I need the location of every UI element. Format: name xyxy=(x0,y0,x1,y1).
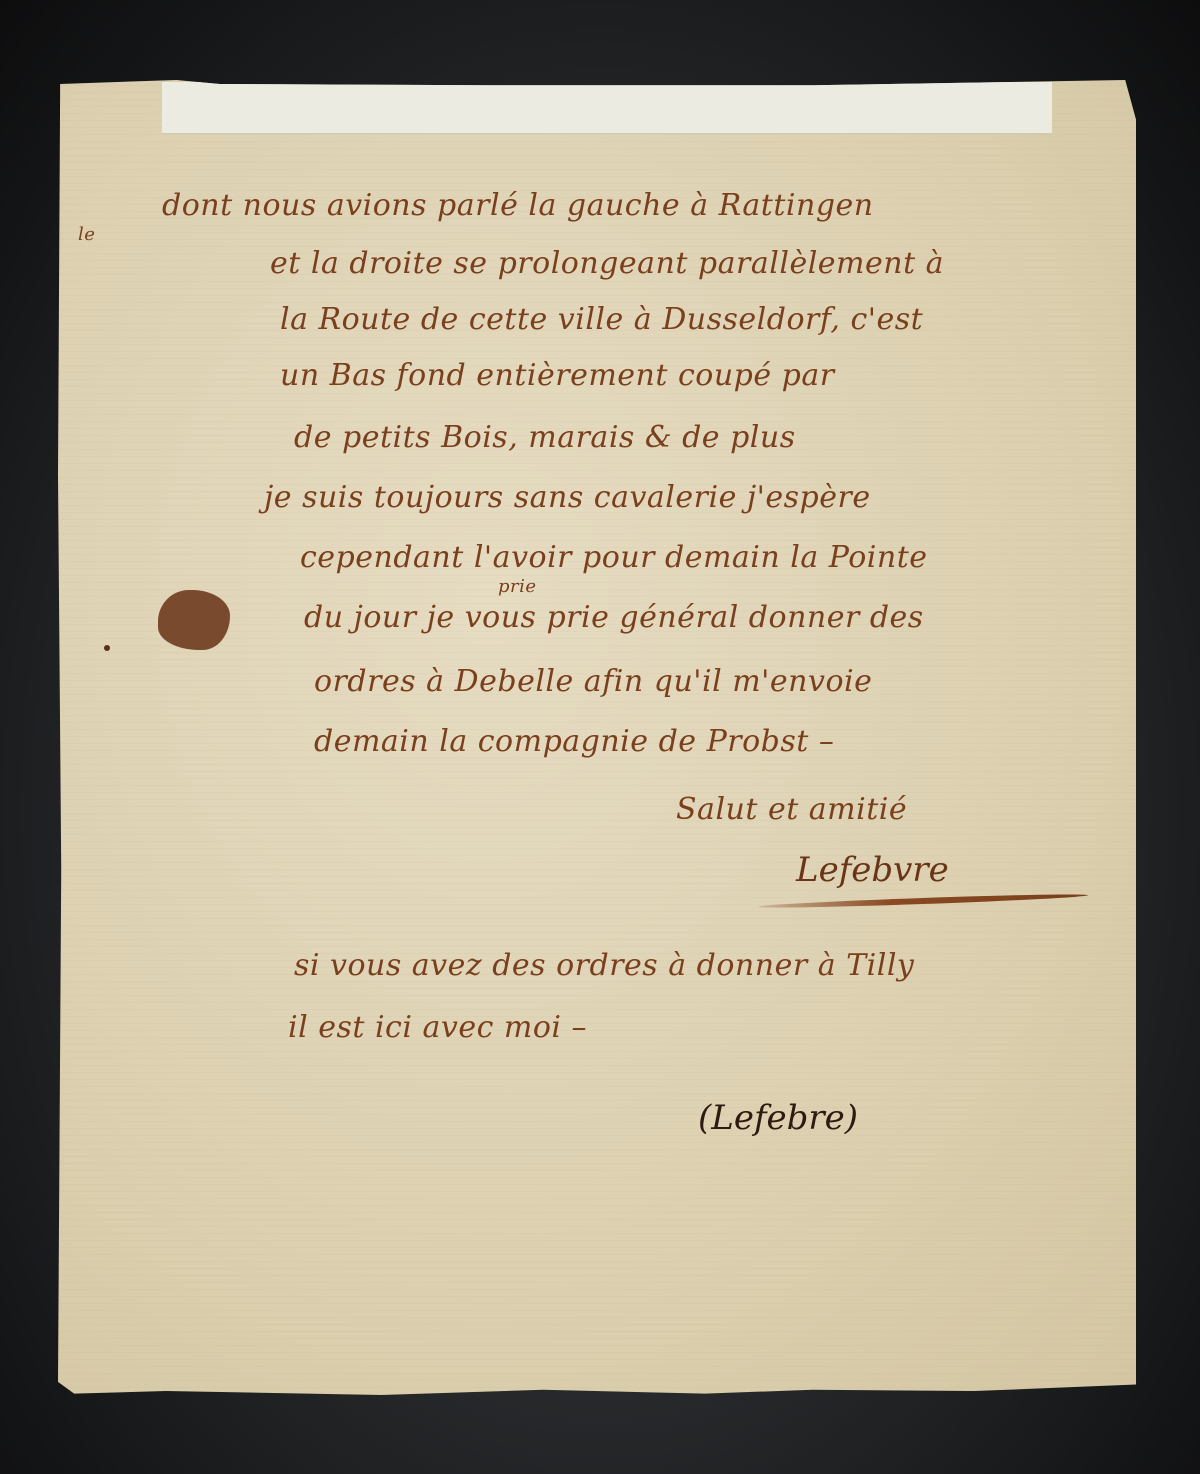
closing-salutation: Salut et amitié xyxy=(676,792,907,827)
letter-paper: dont nous avions parlé la gauche à Ratti… xyxy=(58,80,1136,1395)
letter-line-7: cependant l'avoir pour demain la Pointe xyxy=(300,540,928,575)
postscript-line-2: il est ici avec moi – xyxy=(288,1010,587,1045)
letter-line-8: du jour je vous prie général donner des xyxy=(304,600,924,635)
signature: Lefebvre xyxy=(796,850,949,890)
postscript-line-1: si vous avez des ordres à donner à Tilly xyxy=(294,948,914,983)
letter-line-2: et la droite se prolongeant parallèlemen… xyxy=(270,246,944,281)
letter-line-5: de petits Bois, marais & de plus xyxy=(294,420,796,455)
letter-line-1: dont nous avions parlé la gauche à Ratti… xyxy=(162,188,874,223)
letter-line-3: la Route de cette ville à Dusseldorf, c'… xyxy=(280,302,923,337)
letter-line-4: un Bas fond entièrement coupé par xyxy=(280,358,835,393)
interlinear-insertion-prie: prie xyxy=(498,576,537,597)
attribution-note: (Lefebre) xyxy=(698,1098,858,1138)
signature-flourish xyxy=(758,892,1088,910)
letter-line-9: ordres à Debelle afin qu'il m'envoie xyxy=(314,664,872,699)
interlinear-insertion-le: le xyxy=(78,224,95,245)
mounting-strip xyxy=(162,82,1052,134)
ink-dot xyxy=(104,645,110,651)
letter-line-10: demain la compagnie de Probst – xyxy=(314,724,834,759)
letter-line-6: je suis toujours sans cavalerie j'espère xyxy=(264,480,871,515)
ink-blot xyxy=(158,590,230,650)
